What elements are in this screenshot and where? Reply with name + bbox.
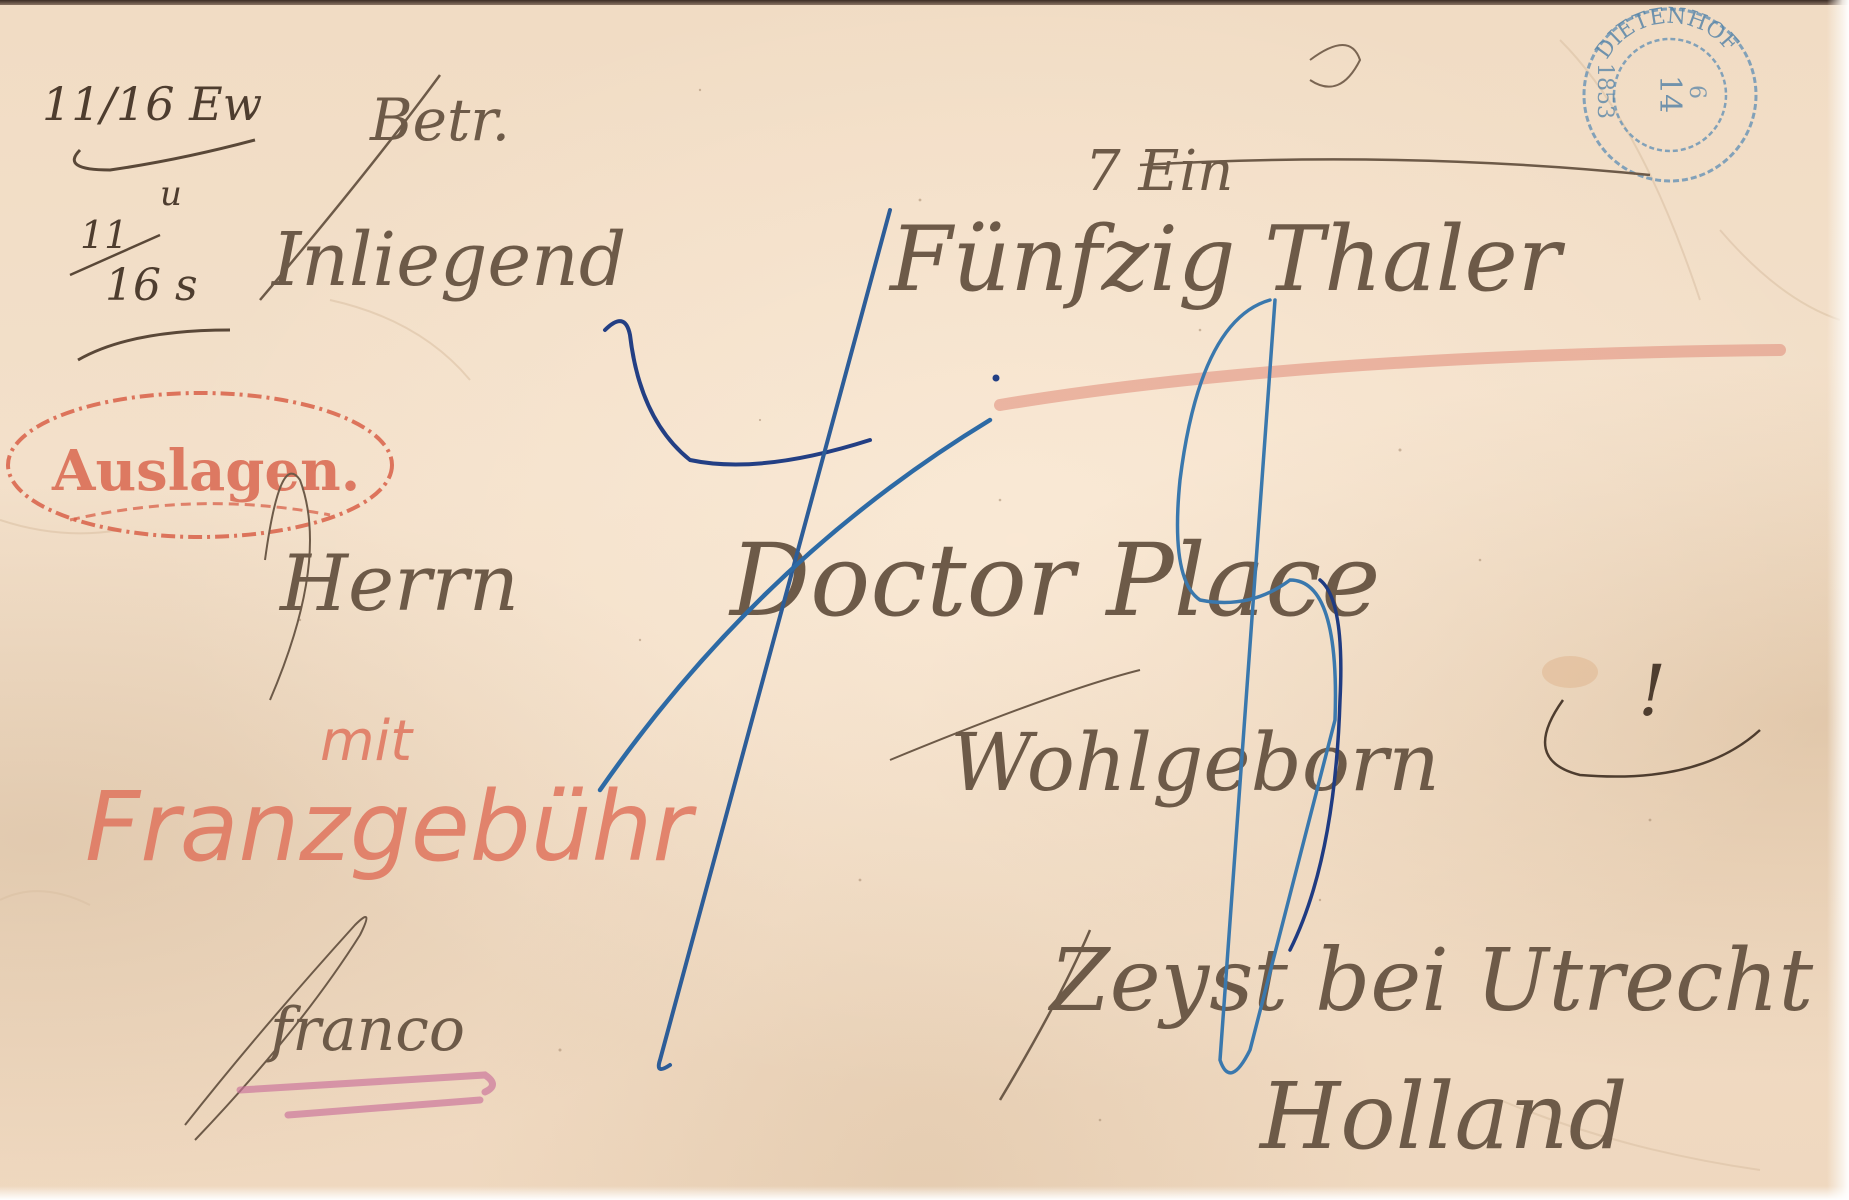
amount-text: Fünfzig Thaler [888,207,1566,312]
enclosure-prefix: 7 Ein [1085,139,1233,204]
honorific-text: Wohlgeborn [950,716,1440,809]
red-crayon-stroke [1000,350,1780,405]
franco-text: franco [266,995,465,1065]
paper-stain [1542,656,1598,688]
envelope-right-edge [1827,0,1849,1200]
franco-note: franco [185,917,493,1140]
country-text: Holland [1258,1063,1627,1170]
auslagen-text: Auslagen. [51,438,360,504]
city-text: Zeyst bei Utrecht [1047,931,1814,1031]
margin-note-2: u [160,174,182,214]
margin-note-3-num: 11 [80,213,128,257]
blue-numerals [600,210,1341,1073]
envelope: DIETENHOF 14 6 1853 Auslagen. 11/16 Ew u… [0,0,1849,1200]
red-crayon-annotation: mit Franzgebühr [85,709,697,883]
crayon-main-text: Franzgebühr [85,771,697,883]
exclamation-mark: ! [1638,650,1666,732]
postmark: DIETENHOF 14 6 1853 [1584,4,1756,181]
auslagen-stamp: Auslagen. [8,393,392,537]
margin-note-1: 11/16 Ew [42,77,262,131]
salutation-text: Herrn [278,539,519,629]
postmark-year: 1853 [1592,63,1617,119]
envelope-marks: DIETENHOF 14 6 1853 Auslagen. 11/16 Ew u… [0,0,1849,1200]
betreff-text: Betr. [369,86,510,154]
address-block: Betr. Inliegend 7 Ein Fünfzig Thaler Her… [260,45,1814,1170]
crayon-small-text: mit [320,709,414,774]
enclosure-word: Inliegend [270,217,626,303]
margin-notes: 11/16 Ew u 11 16 s [42,77,262,360]
envelope-bottom-edge [0,1186,1849,1200]
postmark-day: 14 [1652,75,1687,113]
margin-note-3-den: 16 s [105,260,198,311]
postmark-month: 6 [1684,85,1709,99]
postmark-town: DIETENHOF [1591,4,1743,64]
